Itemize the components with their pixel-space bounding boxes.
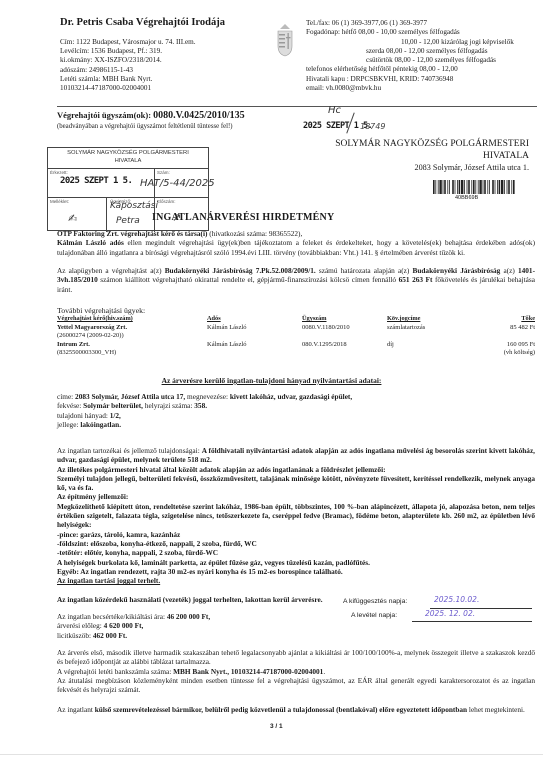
received-label: Érkezett: (50, 170, 68, 175)
auction-rules: Az árverés első, második illetve harmadi… (57, 648, 535, 694)
office-id-document: ki.okmány: XX-ISZFO/2318/2014. (60, 56, 196, 65)
other-features: Egyéb: Az ingatlan rendezett, rajta 30 m… (57, 567, 535, 576)
case-number-note: (beadványában a végrehajtói ügyszámot fe… (57, 123, 233, 130)
price-details: Az ingatlan becsértéke/kikiáltási ára: 4… (57, 612, 337, 640)
court-decision: Budakörnyéki Járásbíróság 7.Pk.52.008/20… (165, 266, 316, 275)
row-principal-note: (vh költség) (504, 349, 535, 356)
stamp-divider (106, 198, 107, 232)
page-edge (0, 754, 543, 755)
office-name: Dr. Petris Csaba Végrehajtói Irodája (60, 17, 225, 28)
reception-hours-monday: Fogadónap: hétfő 08,00 - 10,00 személyes… (306, 28, 514, 37)
page-number: 3 / 1 (270, 723, 283, 730)
case-number: 0080.V.0425/2010/135 (153, 110, 245, 121)
inspection-text: lehet megtekinteni. (467, 705, 525, 714)
table-row: Intrum Zrt.(8325500003300_VH) Kálmán Lás… (57, 341, 535, 358)
receipt-registration-number: 18749 (360, 122, 385, 131)
previous-number-label: Előszám: (157, 199, 176, 204)
property-lot-number: 358. (194, 401, 207, 410)
transfer-instructions: Az átutalási megbízáson közleményként mi… (57, 676, 535, 695)
column-header-creditor: Végrehajtást kérő(hiv.szám) (57, 315, 207, 324)
office-contact-info: Tel./fax: 06 (1) 369-3977,06 (1) 369-397… (306, 19, 514, 93)
building-features-heading: Az építmény jellemzői: (57, 492, 535, 501)
property-location: Solymár belterület, (83, 401, 143, 410)
posting-date-handwritten: 2025.10.02. (434, 595, 479, 604)
handler-name-handwritten: Káposztási (110, 201, 158, 211)
header-divider (57, 106, 537, 107)
bid-step: 462 000 Ft. (93, 631, 127, 640)
stamp-header-line2: HIVATALA (48, 158, 208, 166)
hungarian-coat-of-arms-icon (276, 22, 294, 58)
barcode-icon (433, 180, 515, 194)
column-header-case-number: Ügyszám (302, 315, 387, 324)
recipient-address: 2083 Solymár, József Attila utca 1. (335, 162, 529, 174)
row-claim-reason: díj (387, 341, 472, 358)
row-principal: 160 095 Ft (507, 341, 535, 348)
removal-date-line (412, 621, 532, 622)
office-email: email: vh.0080@mbvk.hu (306, 84, 514, 93)
office-details: Cím: 1122 Budapest, Városmajor u. 74. II… (60, 38, 196, 93)
document-title: INGATLANÁRVERÉSI HIRDETMÉNY (152, 212, 334, 223)
attachment-mark-icon: ✍ (68, 212, 77, 225)
principal-amount: 651 263 Ft (399, 275, 433, 284)
features-intro: Az ingatlan tartozékai és jellemző tulaj… (57, 446, 202, 455)
row-creditor: Yettel Magyarország Zrt. (57, 324, 127, 331)
basis-text: számon kiállított végrehajtható okiratta… (98, 275, 399, 284)
inspection-conditions: külső szemrevételezéssel bármikor, belül… (95, 705, 467, 714)
row-principal: 85 482 Ft (510, 324, 535, 331)
column-header-debtor: Adós (207, 315, 302, 324)
property-type: lakóingatlan. (80, 420, 121, 429)
enforcement-basis-paragraph: Az alapügyben a végrehajtást a(z) Budakö… (57, 266, 535, 294)
deposit-label: árverési előleg: (57, 621, 104, 630)
receipt-initials-handwritten: Hc (328, 105, 341, 116)
deposit-account: MBH Bank Nyrt., 10103214-47187000-020040… (173, 667, 323, 676)
row-claim-reason: számlatartozás (387, 324, 472, 341)
creditor-reference: (hivatkozási száma: 98365522), (207, 229, 302, 238)
row-creditor: Intrum Zrt. (57, 341, 90, 348)
office-deposit-bank: Letéti számla: MBH Bank Nyrt. (60, 75, 196, 84)
bid-step-label: licitküszöb: (57, 631, 93, 640)
inspection-notice: Az ingatlant külső szemrevételezéssel bá… (57, 705, 535, 714)
intro-paragraph: OTP Faktoring Zrt. végrehajtást kérő és … (57, 229, 535, 257)
reception-hours-lawyers: 10,00 - 12,00 kizárólag jogi képviselők (306, 38, 514, 47)
property-name: kivett lakóház, udvar, gazdasági épület, (230, 392, 352, 401)
creditor-name: OTP Faktoring Zrt. végrehajtást kérő és … (57, 229, 207, 238)
case-number-line: Végrehajtói ügyszám(ok): 0080.V.0425/201… (57, 110, 245, 121)
reception-hours-thursday: csütörtök 08,00 - 12,00 személyes félfog… (306, 56, 514, 65)
rooms-attic: -tetőtér: előtér, konyha, nappali, 2 szo… (57, 548, 535, 557)
column-header-principal: Tőke (472, 315, 535, 324)
estimated-value-label: Az ingatlan becsértéke/kikiáltási ára: (57, 612, 167, 621)
property-share-label: tulajdoni hányad: (57, 411, 110, 420)
table-header-row: Végrehajtást kérő(hiv.szám) Adós Ügyszám… (57, 315, 535, 324)
auction-stage-rule: Az árverés első, második illetve harmadi… (57, 648, 535, 667)
office-deposit-account: 10103214-47187000-02004001 (60, 84, 196, 93)
property-address-label: címe: (57, 392, 75, 401)
property-features: Az ingatlan tartozékai és jellemző tulaj… (57, 446, 535, 585)
office-postal-address: Levélcím: 1536 Budapest, Pf.: 319. (60, 47, 196, 56)
recipient-name-line1: SOLYMÁR NAGYKÖZSÉG POLGÁRMESTERI (335, 138, 529, 150)
row-creditor-ref: (8325500003300_VH) (57, 349, 116, 356)
row-creditor-ref: (26000274 (2009-02-20)) (57, 332, 124, 339)
recipient-name-line2: HIVATALA (335, 150, 529, 162)
estimated-value: 46 200 000 Ft, (167, 612, 210, 621)
easement-notice: Az ingatlan közérdekű használati (vezeté… (57, 595, 357, 604)
reference-number-handwritten: HAT/5-44/2025 (140, 178, 215, 189)
office-address: Cím: 1122 Budapest, Városmajor u. 74. II… (60, 38, 196, 47)
office-tax-number: adószám: 24986115-1-43 (60, 66, 196, 75)
reception-hours-wednesday: szerda 08,00 - 12,00 személyes félfogadá… (306, 47, 514, 56)
auction-deposit: 4 620 000 Ft, (104, 621, 144, 630)
further-cases-table: Végrehajtást kérő(hiv.szám) Adós Ügyszám… (57, 315, 535, 358)
court-name: Budakörnyéki Járásbíróság (412, 266, 500, 275)
basis-text: Az alapügyben a végrehajtást a(z) (57, 266, 165, 275)
row-case-number: 0080.V.1180/2010 (302, 324, 387, 341)
received-date-stamp: 2025 SZEPT 1 5. (60, 176, 132, 186)
office-gateway: Hivatali kapu : DRPCSBKVHI, KRID: 740736… (306, 75, 514, 84)
property-location-label: fekvése: (57, 401, 83, 410)
intro-text: ellen megindult végrehajtási ügy(ek)ben … (57, 238, 535, 256)
phone-fax: Tel./fax: 06 (1) 369-3977,06 (1) 369-397… (306, 19, 514, 28)
inspection-text: Az ingatlant (57, 705, 95, 714)
row-debtor: Kálmán László (207, 324, 302, 341)
rooms-basement: -pince: garázs, tároló, kamra, kazánház (57, 530, 535, 539)
stamp-header: SOLYMÁR NAGYKÖZSÉG POLGÁRMESTERI HIVATAL… (48, 148, 208, 169)
property-type-label: jellege: (57, 420, 80, 429)
table-row: Yettel Magyarország Zrt.(26000274 (2009-… (57, 324, 535, 341)
recipient-address-block: SOLYMÁR NAGYKÖZSÉG POLGÁRMESTERI HIVATAL… (335, 138, 529, 174)
phone-hours: telefonos elérhetőség hétfőtől péntekig … (306, 65, 514, 74)
property-registry-data: címe: 2083 Solymár, József Attila utca 1… (57, 392, 352, 429)
row-debtor: Kálmán László (207, 341, 302, 358)
barcode-number: 40BB69B (455, 195, 478, 201)
reference-label: Szám: (157, 170, 170, 175)
deposit-account-label: A végrehajtói letéti bankszámla száma: (57, 667, 173, 676)
row-case-number: 080.V.1295/2018 (302, 341, 387, 358)
rooms-ground-floor: -földszint: előszoba, konyha-étkező, nap… (57, 539, 535, 548)
stamp-row-received: Érkezett: 2025 SZEPT 1 5. Szám: HAT/5-44… (48, 169, 208, 198)
property-address: 2083 Solymár, József Attila utca 17, (75, 392, 185, 401)
column-header-claim-reason: Köv.jogcíme (387, 315, 472, 324)
posting-date-label: A kifüggesztés napja: (343, 598, 407, 605)
building-features: Megközelíthető kiépített úton, rendeltet… (57, 502, 535, 530)
property-name-label: megnevezése: (185, 392, 230, 401)
property-share: 1/2, (110, 411, 121, 420)
stamp-header-line1: SOLYMÁR NAGYKÖZSÉG POLGÁRMESTERI (48, 150, 208, 158)
case-number-label: Végrehajtói ügyszám(ok): (57, 110, 153, 120)
basis-text: számú határozata alapján a(z) (316, 266, 413, 275)
attachment-label: Melléklet: (50, 199, 69, 204)
debtor-name: Kálmán László adós (57, 238, 124, 247)
further-cases-title: További végrehajtási ügyek: (57, 306, 535, 315)
finishes-heating: A helyiségek burkolata kő, laminált park… (57, 558, 535, 567)
property-lot-label: helyrajzi száma: (143, 401, 194, 410)
maintenance-right-burden: Az ingatlan tartási joggal terhelt. (57, 576, 535, 585)
removal-date-label: A levétel napja: (351, 612, 397, 619)
removal-date-handwritten: 2025. 12. 02. (425, 609, 475, 618)
basis-text: a(z) (500, 266, 518, 275)
plot-features: Személyi tulajdon jellegű, belterületi f… (57, 474, 535, 493)
handler-firstname-handwritten: Petra (116, 216, 140, 226)
municipal-features-heading: Az illetékes polgármesteri hivatal által… (57, 465, 535, 474)
property-data-heading: Az árverésre kerülő ingatlan-tulajdoni h… (0, 376, 543, 385)
